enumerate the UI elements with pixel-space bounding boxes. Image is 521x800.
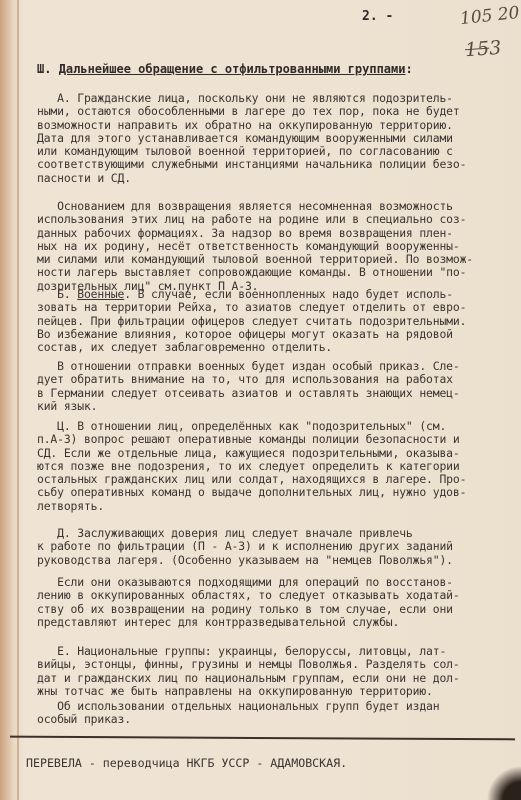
overwritten-number: 3 [488,37,502,60]
handwritten-archive-number: 105 20 [459,3,520,29]
text-line: вийцы, эстонцы, финны, грузины и немцы П… [37,658,507,671]
text-line: использования этих лиц на работе на роди… [37,213,507,226]
text-line: ными, остаются обособленными в лагере до… [37,105,507,118]
text-line: особый приказ. [37,713,507,726]
text-line: ми силами или командующий тыловой военно… [37,253,507,266]
text-line: ных на их родину, несёт ответственность … [37,240,507,253]
text-line: Е. Национальные группы: украинцы, белору… [37,645,507,658]
paragraph-a-basis: Основанием для возвращения является несо… [37,200,507,293]
struck-number: 15 [464,38,490,62]
text-line: дат и гражданских лиц по национальным гр… [37,672,507,685]
corner-shadow [481,760,521,800]
document-page: 2. - 105 20 153 Ш. Дальнейшее обращение … [0,0,521,800]
text-line: жны тотчас же быть направлены на оккупир… [37,685,507,698]
text-line: ности лагерь выставляет сопровождающие к… [37,266,507,279]
section-number: Ш. [37,62,51,76]
text-line: кий язык. [37,400,507,413]
text-line: ству об их возвращении на родину только … [37,603,507,616]
paragraph-e-order: Об использовании отдельных национальных … [37,700,507,727]
section-suffix: : [405,62,412,76]
text-line: Д. Заслуживающих доверия лиц следует вна… [37,527,507,540]
text-line: ются позже вне подозрения, то их следует… [37,460,507,473]
paper-fold-line [17,0,19,800]
text-line: Б. Военные. В случае, если военнопленных… [37,288,507,301]
paragraph-e: Е. Национальные группы: украинцы, белору… [37,645,507,698]
paragraph-a: А. Гражданские лица, поскольку они не яв… [37,92,507,185]
text-line: Основанием для возвращения является несо… [37,200,507,213]
text-line: соответствующими служебными инстанциями … [37,158,507,171]
text-line: Ц. В отношении лиц, определённых как "по… [37,420,507,433]
text-line: в Германии следует отсеивать азиатов и о… [37,387,507,400]
text-line: сьбу оперативных команд о выдаче дополни… [37,486,507,499]
text-line: к работе по фильтрации (П - А-3) и к исп… [37,540,507,553]
text-line: состав, их следует заблаговременно отдел… [37,341,507,354]
paragraph-b: Б. Военные. В случае, если военнопленных… [37,288,507,354]
text-line: Если они оказываются подходящими для опе… [37,576,507,589]
paragraph-label: Б. [37,287,77,301]
underlined-term: Военные [77,287,124,301]
text-line: пасности и СД. [37,172,507,185]
page-number: 2. - [362,9,393,24]
translator-signature: ПЕРЕВЕЛА - переводчица НКГБ УССР - АДАМО… [26,756,347,770]
text-line: возможности направить их обратно на окку… [37,119,507,132]
handwritten-sheet-number: 153 [464,37,502,61]
section-heading: Ш. Дальнейшее обращение с отфильтрованны… [37,62,413,76]
text-line: А. Гражданские лица, поскольку они не яв… [37,92,507,105]
text-line: или командующим тыловой военной территор… [37,145,507,158]
text-line: остальных гражданских лиц или солдат, на… [37,473,507,486]
paragraph-d-restoration: Если они оказываются подходящими для опе… [37,576,507,629]
text-line: зовать на территории Рейха, то азиатов с… [37,301,507,314]
line-rest: . В случае, если военнопленных надо буде… [124,287,453,301]
paragraph-d: Д. Заслуживающих доверия лиц следует вна… [37,527,507,567]
text-line: руководства лагеря. (Особенно указываем … [37,554,507,567]
paragraph-b-order: В отношении отправки военных будет издан… [37,360,507,413]
text-line: данных рабочих формациях. За надзор во в… [37,227,507,240]
section-title: Дальнейшее обращение с отфильтрованными … [59,62,406,76]
text-line: В отношении отправки военных будет издан… [37,360,507,373]
text-line: Во избежание влияния, которое офицеры мо… [37,328,507,341]
text-line: Дата для этого устанавливается командующ… [37,132,507,145]
text-line: летворять. [37,500,507,513]
text-line: Об использовании отдельных национальных … [37,700,507,713]
text-line: п.А-3) вопрос решают оперативные команды… [37,433,507,446]
text-line: пейцев. При фильтрации офицеров следует … [37,315,507,328]
text-line: представляют интерес для контрразведыват… [37,616,507,629]
text-line: лению в оккупированных областях, то след… [37,589,507,602]
text-line: СД. Если же отдельные лица, кажущиеся по… [37,447,507,460]
horizontal-rule [10,736,515,741]
paragraph-c: Ц. В отношении лиц, определённых как "по… [37,420,507,513]
text-line: дует обратить внимание на то, что для ис… [37,373,507,386]
